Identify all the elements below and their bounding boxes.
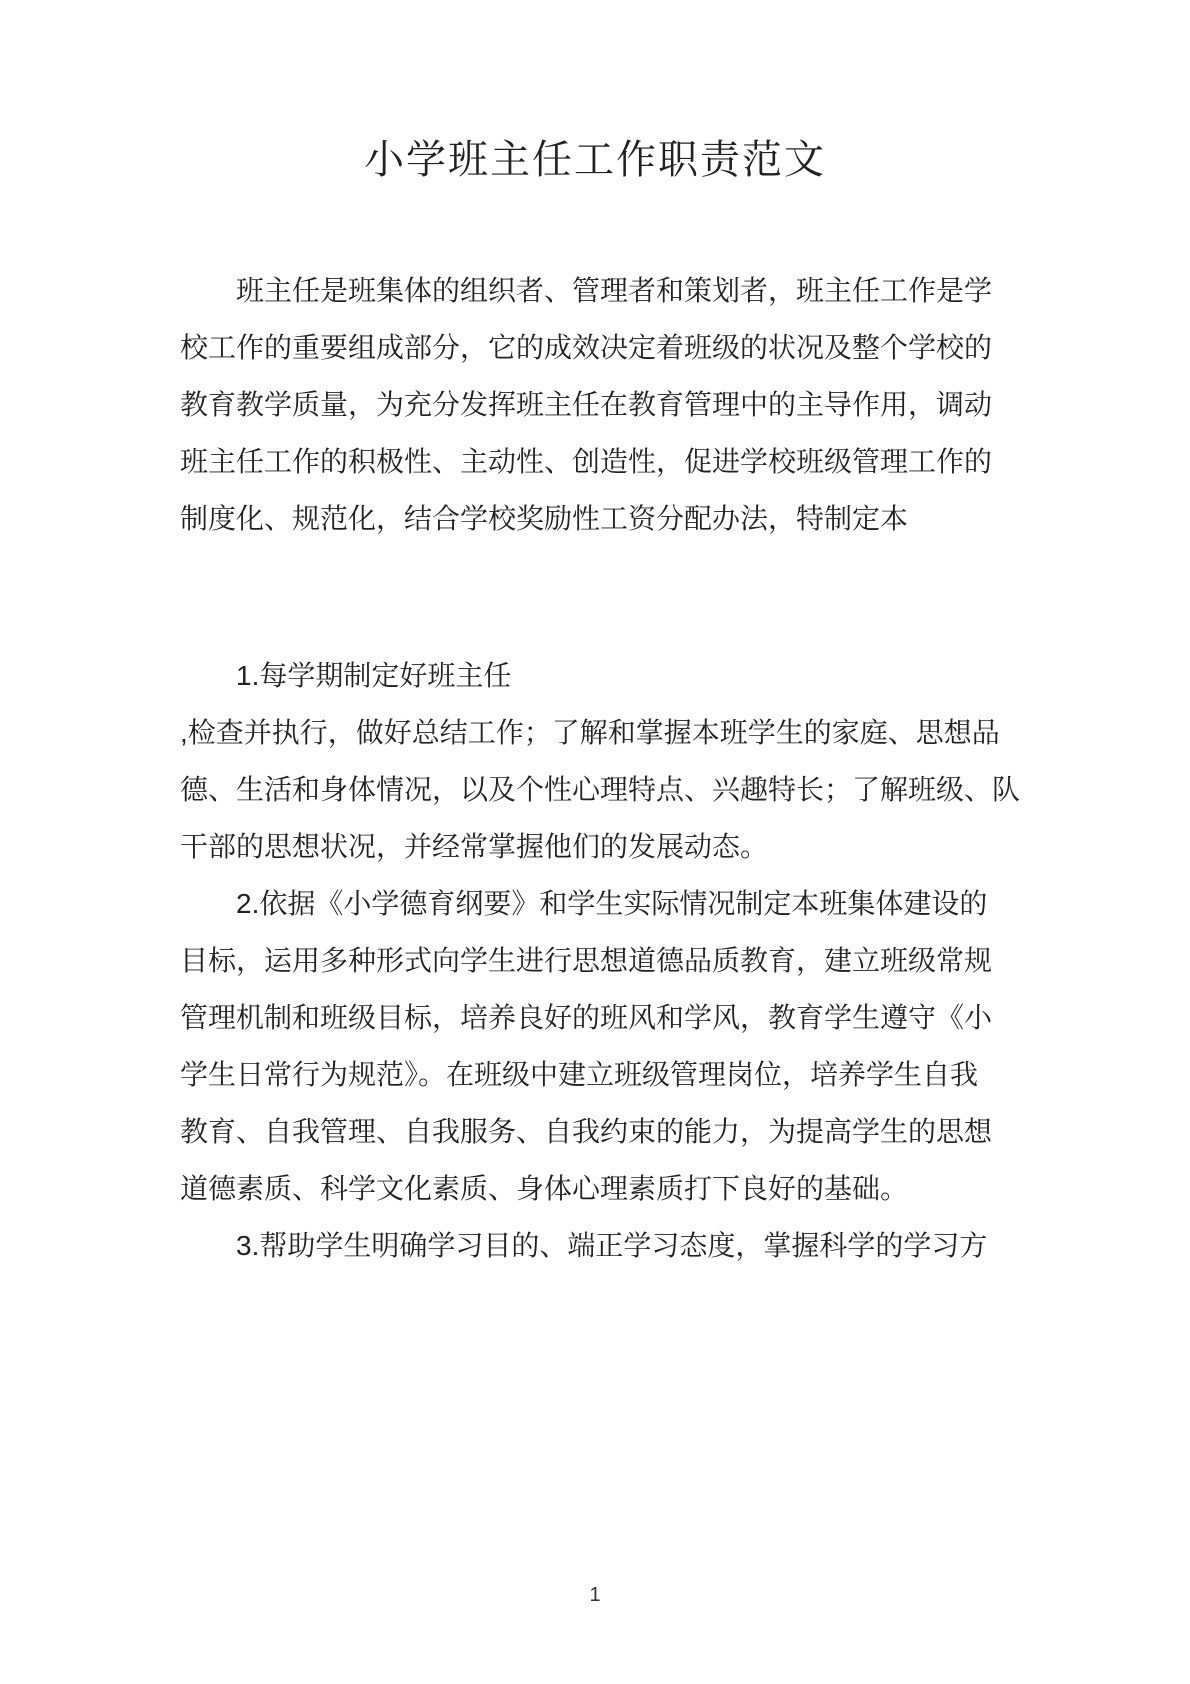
text-line: 班主任工作的积极性、主动性、创造性，促进学校班级管理工作的 bbox=[180, 433, 1010, 490]
text-line: 学生日常行为规范》。在班级中建立班级管理岗位，培养学生自我 bbox=[180, 1046, 1010, 1103]
paragraph-intro: 班主任是班集体的组织者、管理者和策划者，班主任工作是学 校工作的重要组成部分，它… bbox=[180, 262, 1010, 547]
paragraph-item-2: 2.依据《小学德育纲要》和学生实际情况制定本班集体建设的 目标，运用多种形式向学… bbox=[180, 875, 1010, 1217]
document-title: 小学班主任工作职责范文 bbox=[0, 0, 1190, 186]
text-line: ,检查并执行，做好总结工作；了解和掌握本班学生的家庭、思想品 bbox=[180, 704, 1010, 761]
text-line: 1.每学期制定好班主任 bbox=[180, 647, 1010, 704]
text-line: 制度化、规范化，结合学校奖励性工资分配办法，特制定本 bbox=[180, 490, 1010, 547]
text-line: 教育教学质量，为充分发挥班主任在教育管理中的主导作用，调动 bbox=[180, 376, 1010, 433]
paragraph-item-1-heading: 1.每学期制定好班主任 bbox=[180, 647, 1010, 704]
document-page: 小学班主任工作职责范文 班主任是班集体的组织者、管理者和策划者，班主任工作是学 … bbox=[0, 0, 1190, 1684]
text-line: 2.依据《小学德育纲要》和学生实际情况制定本班集体建设的 bbox=[180, 875, 1010, 932]
text-line: 管理机制和班级目标，培养良好的班风和学风，教育学生遵守《小 bbox=[180, 989, 1010, 1046]
text-line: 教育、自我管理、自我服务、自我约束的能力，为提高学生的思想 bbox=[180, 1103, 1010, 1160]
document-body: 班主任是班集体的组织者、管理者和策划者，班主任工作是学 校工作的重要组成部分，它… bbox=[0, 262, 1190, 1274]
blank-lines bbox=[180, 547, 1010, 647]
text-line: 班主任是班集体的组织者、管理者和策划者，班主任工作是学 bbox=[180, 262, 1010, 319]
text-line: 目标，运用多种形式向学生进行思想道德品质教育，建立班级常规 bbox=[180, 932, 1010, 989]
text-line: 道德素质、科学文化素质、身体心理素质打下良好的基础。 bbox=[180, 1160, 1010, 1217]
text-line: 3.帮助学生明确学习目的、端正学习态度，掌握科学的学习方 bbox=[180, 1217, 1010, 1274]
paragraph-item-3: 3.帮助学生明确学习目的、端正学习态度，掌握科学的学习方 bbox=[180, 1217, 1010, 1274]
paragraph-item-1-body: ,检查并执行，做好总结工作；了解和掌握本班学生的家庭、思想品 德、生活和身体情况… bbox=[180, 704, 1010, 875]
text-line: 干部的思想状况，并经常掌握他们的发展动态。 bbox=[180, 818, 1010, 875]
page-number: 1 bbox=[0, 1583, 1190, 1607]
text-line: 德、生活和身体情况，以及个性心理特点、兴趣特长；了解班级、队 bbox=[180, 761, 1010, 818]
text-line: 校工作的重要组成部分，它的成效决定着班级的状况及整个学校的 bbox=[180, 319, 1010, 376]
